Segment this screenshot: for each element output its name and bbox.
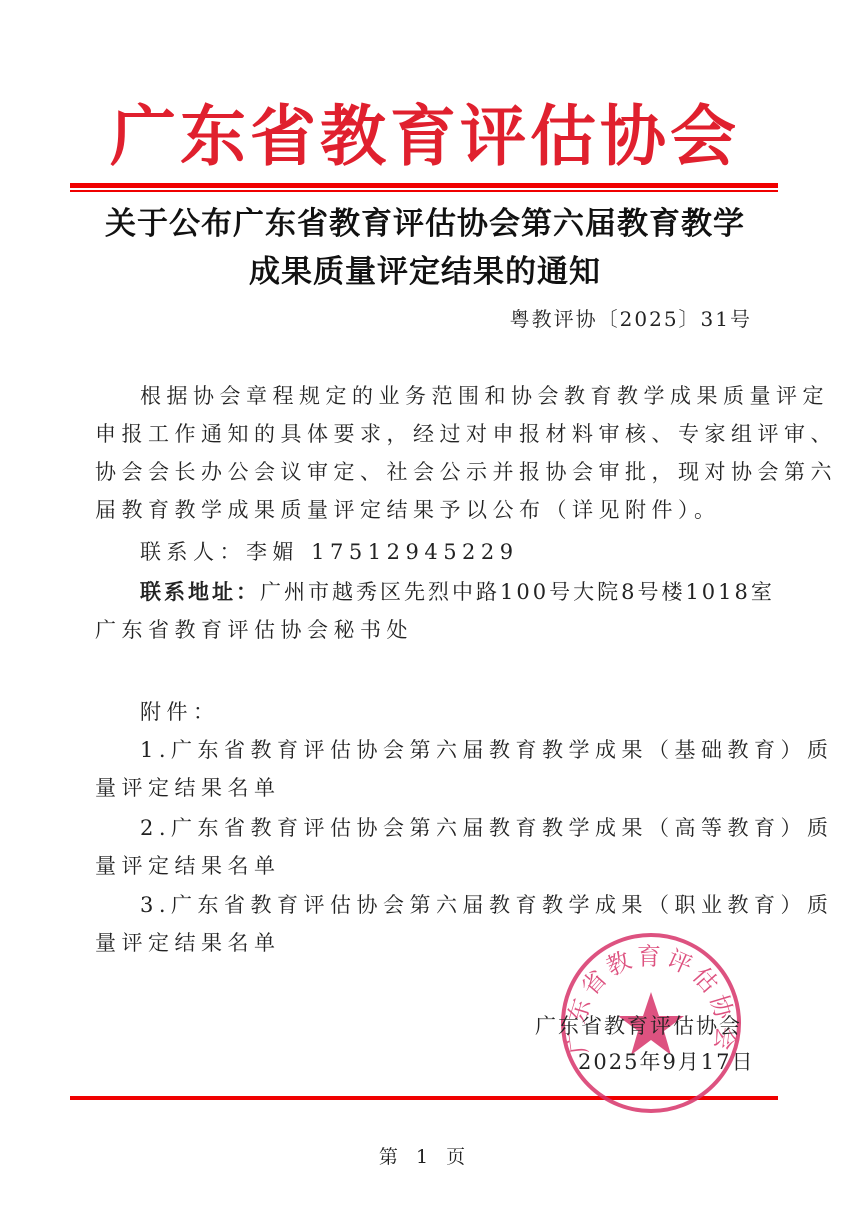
header-rule-thin bbox=[70, 190, 778, 192]
attachments-label: 附件： bbox=[140, 698, 220, 726]
attachment-item-1: 1.广东省教育评估协会第六届教育教学成果（基础教育）质 bbox=[140, 736, 834, 764]
page-number: 第 1 页 bbox=[0, 1142, 850, 1169]
body-line: 根据协会章程规定的业务范围和协会教育教学成果质量评定 bbox=[140, 382, 829, 410]
address-line2: 广东省教育评估协会秘书处 bbox=[95, 616, 413, 644]
contact-label: 联系人： bbox=[140, 540, 246, 564]
attachment-item-3-cont: 量评定结果名单 bbox=[95, 929, 281, 957]
body-line: 申报工作通知的具体要求，经过对申报材料审核、专家组评审、 bbox=[95, 420, 837, 448]
signature-org: 广东省教育评估协会 bbox=[535, 1010, 742, 1040]
attachment-item-2: 2.广东省教育评估协会第六届教育教学成果（高等教育）质 bbox=[140, 814, 834, 842]
body-line: 届教育教学成果质量评定结果予以公布（详见附件）。 bbox=[95, 496, 721, 524]
header-rule-thick bbox=[70, 183, 778, 188]
address-row: 联系地址：广州市越秀区先烈中路100号大院8号楼1018室 bbox=[140, 578, 775, 606]
attachment-item-1-cont: 量评定结果名单 bbox=[95, 774, 281, 802]
signature-date: 2025年9月17日 bbox=[578, 1046, 755, 1076]
contact-value: 李媚 17512945229 bbox=[246, 540, 519, 564]
document-number: 粤教评协〔2025〕31号 bbox=[510, 303, 752, 332]
attachment-item-2-cont: 量评定结果名单 bbox=[95, 852, 281, 880]
attachment-item-3: 3.广东省教育评估协会第六届教育教学成果（职业教育）质 bbox=[140, 891, 834, 919]
address-label: 联系地址： bbox=[140, 579, 260, 604]
body-line: 协会会长办公会议审定、社会公示并报协会审批，现对协会第六 bbox=[95, 458, 837, 486]
document-title-line1: 关于公布广东省教育评估协会第六届教育教学 bbox=[0, 200, 850, 248]
document-title-line2: 成果质量评定结果的通知 bbox=[0, 248, 850, 296]
address-value: 广州市越秀区先烈中路100号大院8号楼1018室 bbox=[260, 580, 775, 604]
masthead-org-name: 广东省教育评估协会 bbox=[0, 96, 850, 176]
contact-row: 联系人：李媚 17512945229 bbox=[140, 538, 519, 566]
